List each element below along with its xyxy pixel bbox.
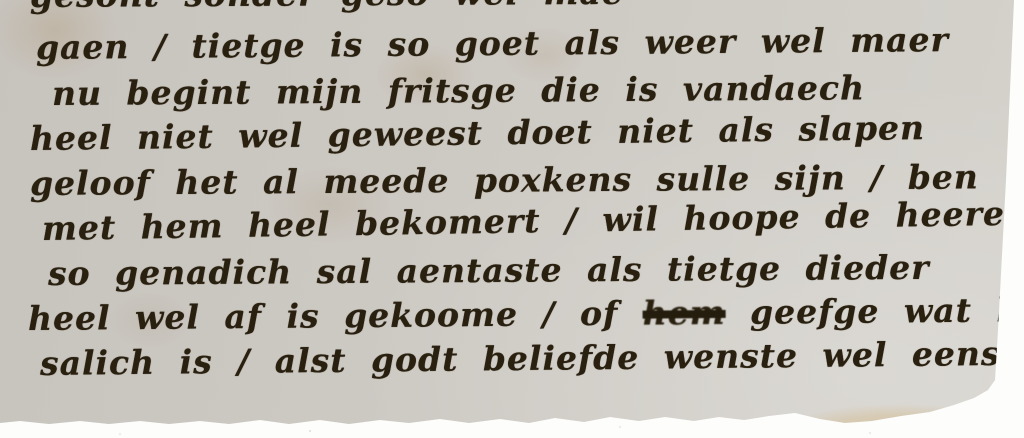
torn-bottom-edge [0,424,1024,438]
handwriting-line: salich is / alst godt beliefde wenste we… [40,334,1001,383]
strikethrough-word: hem [643,293,726,333]
line-segment: geefge wat hem [725,290,1024,332]
handwriting-line: gaen / tietge is so goet als weer wel ma… [36,20,949,67]
scan-background: gesont sonder geso wel mae gaen / tietge… [0,0,1024,438]
handwriting-line-clipped: gesont sonder geso wel mae [30,0,624,15]
letter-paper: gesont sonder geso wel mae gaen / tietge… [0,0,1024,438]
torn-corner-right [758,396,1018,438]
handwriting-line: nu begint mijn fritsge die is vandaech [52,68,865,113]
handwriting-line: heel wel af is gekoome / of hem geefge w… [28,290,1024,338]
line-segment: heel wel af is gekoome / of [28,294,643,338]
handwriting-line: heel niet wel geweest doet niet als slap… [30,108,926,158]
handwriting-line: so genadich sal aentaste als tietge died… [48,248,930,293]
